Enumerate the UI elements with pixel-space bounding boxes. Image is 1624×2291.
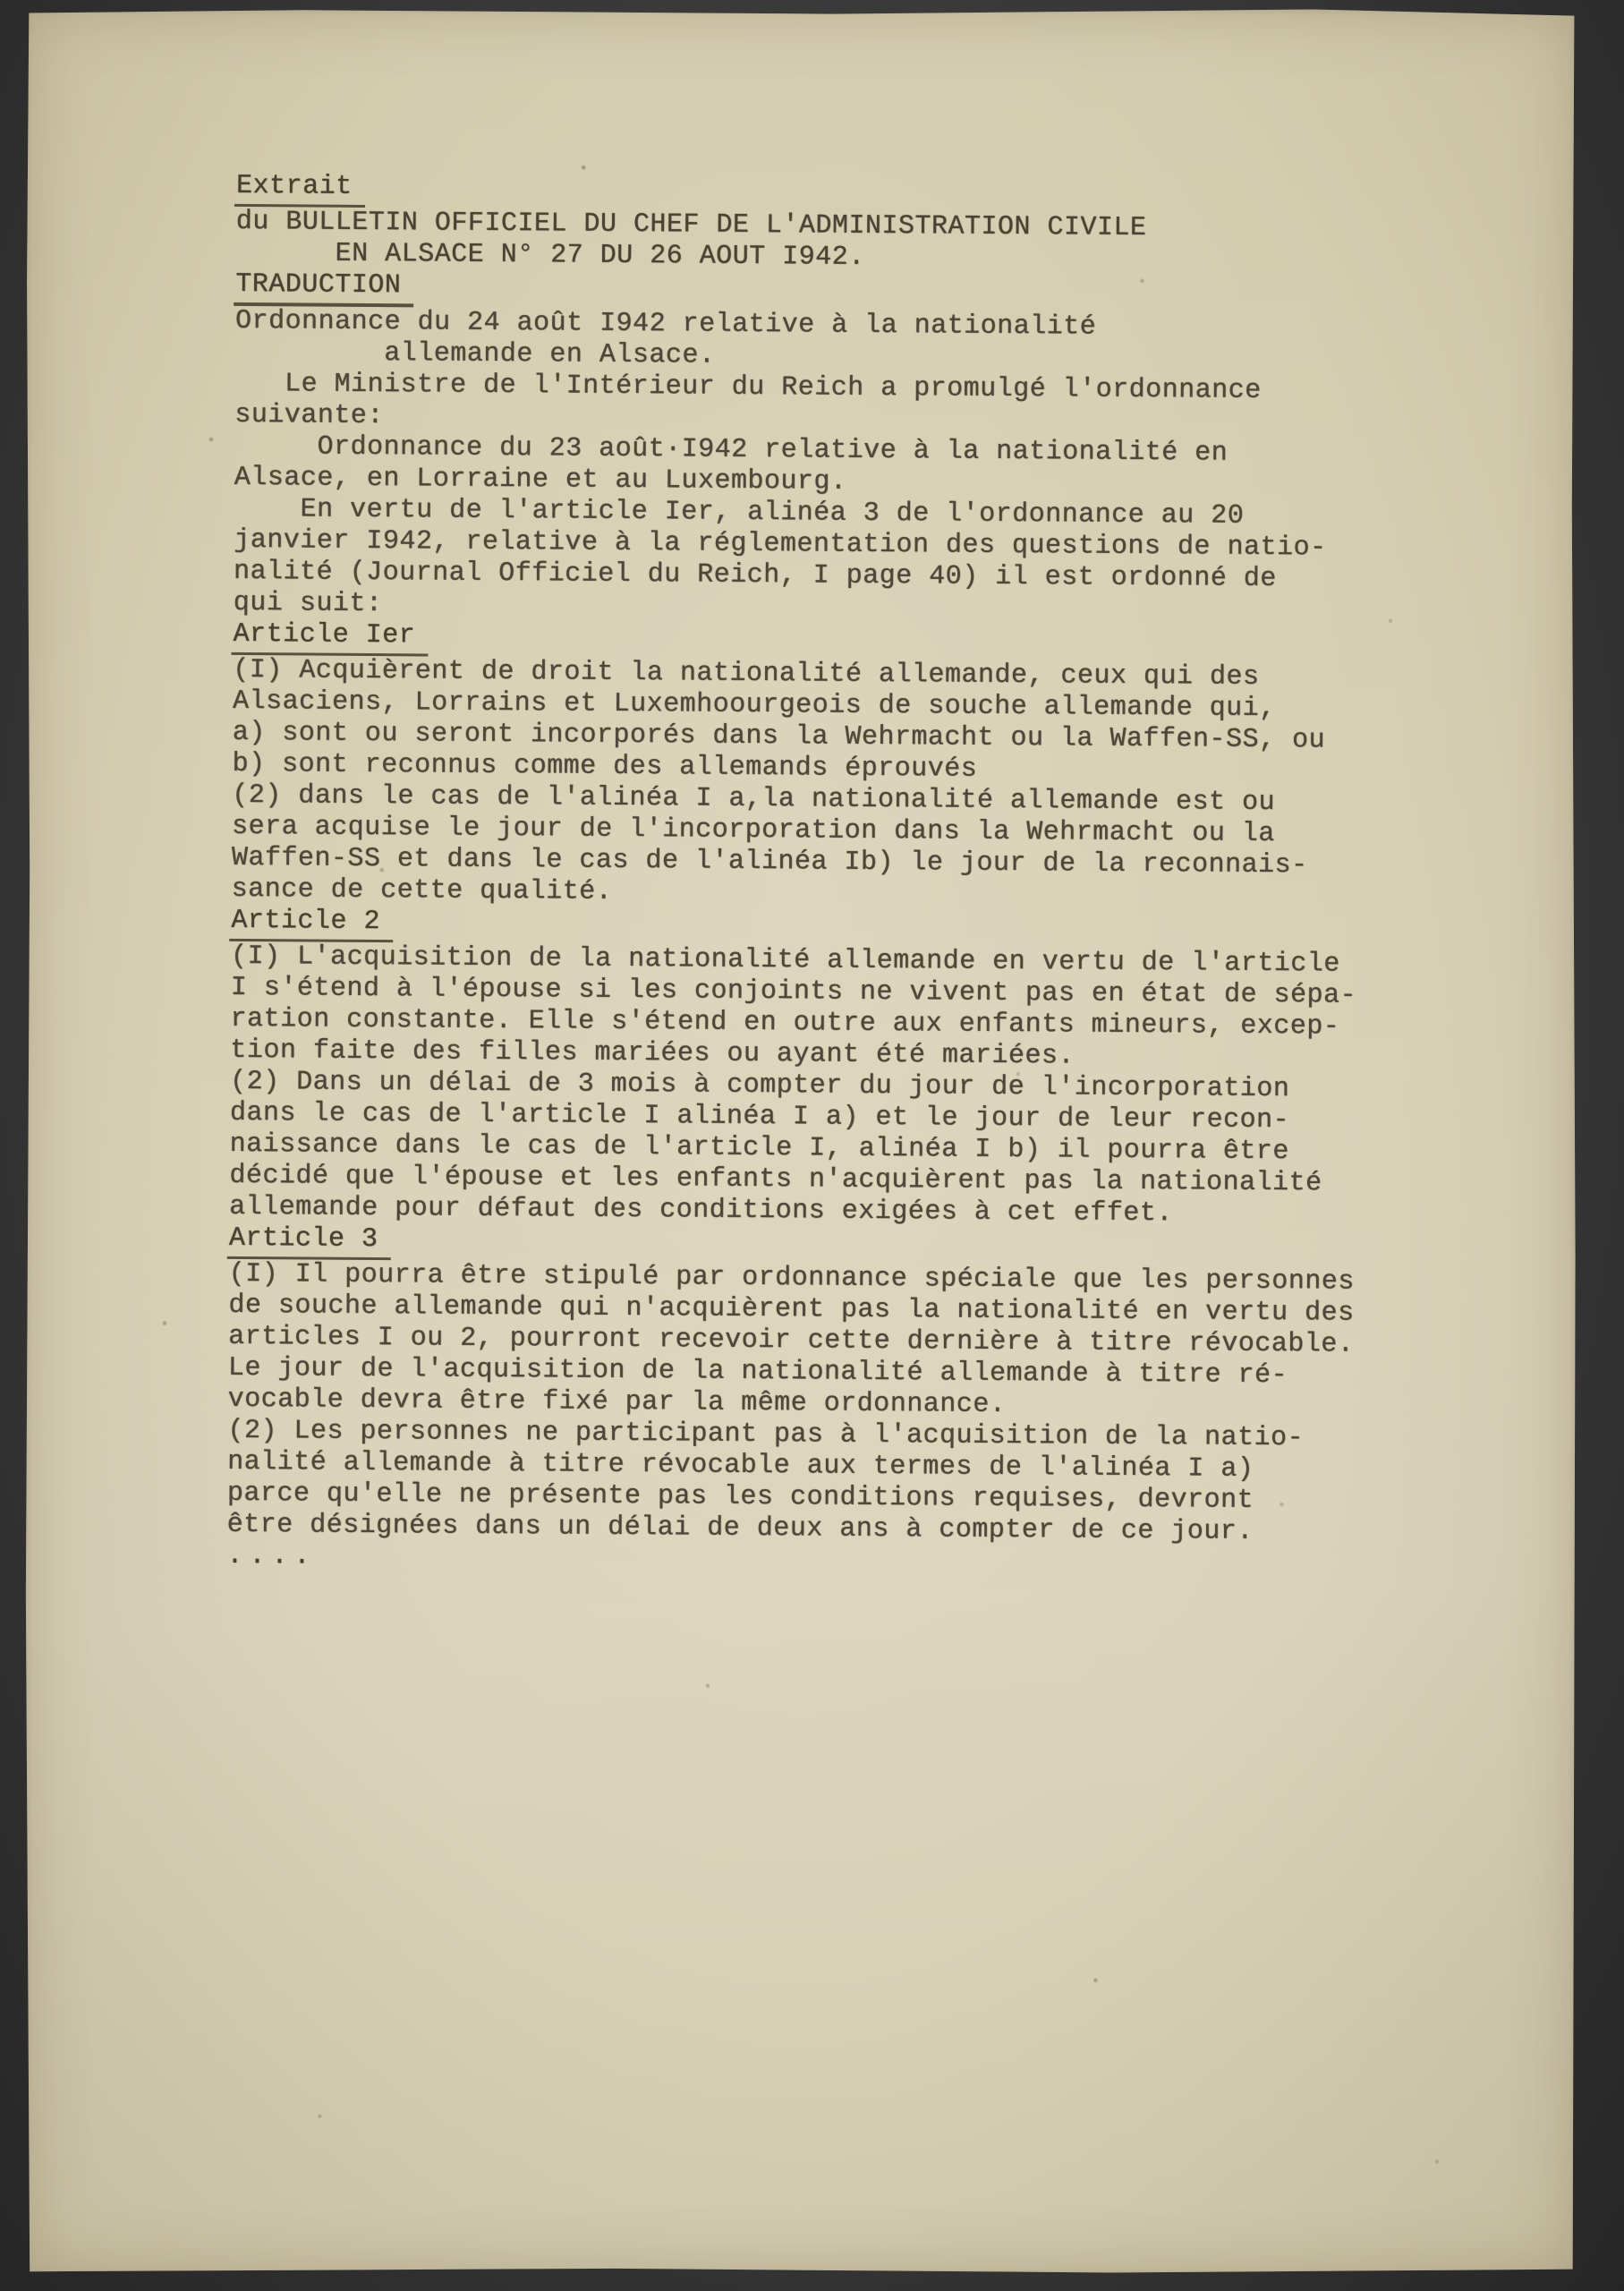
document-content: Extrait du BULLETIN OFFICIEL DU CHEF DE … (226, 5, 1543, 1581)
bulletin-header: du BULLETIN OFFICIEL DU CHEF DE L'ADMINI… (235, 207, 1542, 278)
article-1-para-2: (2) dans le cas de l'alinéa I a,la natio… (231, 780, 1538, 915)
document-page: Extrait du BULLETIN OFFICIEL DU CHEF DE … (25, 9, 1577, 2275)
article-2-heading-text: Article 2 (229, 906, 393, 942)
article-3-heading-text: Article 3 (227, 1223, 391, 1260)
preamble-paragraph: Ordonnance du 23 août·I942 relative à la… (234, 431, 1541, 628)
article-1-heading-text: Article Ier (231, 619, 428, 657)
article-3-para-2: (2) Les personnes ne participant pas à l… (227, 1416, 1535, 1550)
article-2-para-1: (I) L'acquisition de la nationalité alle… (230, 941, 1537, 1076)
intro-paragraph: Le Ministre de l'Intérieur du Reich a pr… (234, 369, 1541, 440)
article-2-para-2: (2) Dans un délai de 3 mois à compter du… (229, 1067, 1536, 1232)
ordinance-subject: Ordonnance du 24 août I942 relative à la… (235, 306, 1542, 378)
section-heading-text: TRADUCTION (234, 269, 413, 307)
article-1-para-1: (I) Acquièrent de droit la nationalité a… (233, 655, 1539, 727)
scan-background: Extrait du BULLETIN OFFICIEL DU CHEF DE … (0, 0, 1624, 2291)
article-3-para-1: (I) Il pourra être stipulé par ordonnanc… (228, 1259, 1535, 1425)
document-title-text: Extrait (234, 171, 365, 208)
